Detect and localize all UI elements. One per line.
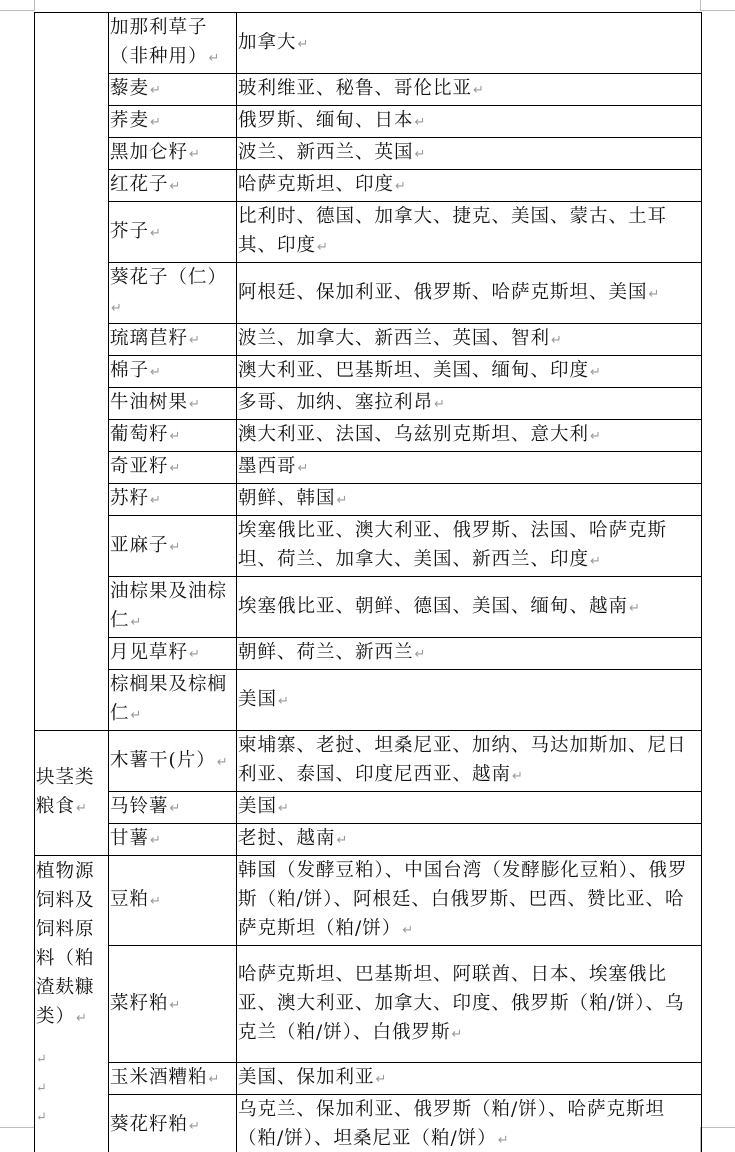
- paragraph-mark-icon: ↵: [590, 365, 602, 380]
- paragraph-mark-icon: ↵: [150, 226, 162, 241]
- item-cell[interactable]: 葵花子（仁）↵: [109, 263, 237, 324]
- paragraph-mark-icon: ↵: [337, 493, 349, 508]
- item-cell[interactable]: 苏籽↵: [109, 484, 237, 516]
- paragraph-mark-icon: ↵: [170, 179, 182, 194]
- countries-cell[interactable]: 韩国（发酵豆粕）、中国台湾（发酵膨化豆粕）、俄罗斯（粕/饼）、阿根廷、白俄罗斯、…: [237, 856, 702, 946]
- item-cell[interactable]: 棕榈果及棕榈仁↵: [109, 670, 237, 731]
- category-cell-oilseeds: [35, 13, 109, 731]
- item-cell[interactable]: 葵花籽粕↵: [109, 1095, 237, 1152]
- item-cell[interactable]: 木薯干(片）↵: [109, 731, 237, 792]
- margin-corner-top-right-v: [700, 0, 701, 11]
- paragraph-mark-icon: ↵: [209, 1072, 221, 1087]
- table-row: 亚麻子↵ 埃塞俄比亚、澳大利亚、俄罗斯、法国、哈萨克斯坦、荷兰、加拿大、美国、新…: [35, 516, 702, 577]
- countries-cell[interactable]: 埃塞俄比亚、朝鲜、德国、美国、缅甸、越南↵: [237, 577, 702, 638]
- countries-cell[interactable]: 加拿大↵: [237, 13, 702, 74]
- item-cell[interactable]: 黑加仑籽↵: [109, 138, 237, 170]
- paragraph-mark-icon: ↵: [278, 801, 290, 816]
- category-cell-tubers[interactable]: 块茎类粮食↵: [35, 731, 109, 856]
- table-row: 植物源饲料及饲料原料（粕渣麸糠类）↵↵↵↵ 豆粕↵ 韩国（发酵豆粕）、中国台湾（…: [35, 856, 702, 946]
- item-cell[interactable]: 亚麻子↵: [109, 516, 237, 577]
- paragraph-mark-icon: ↵: [317, 240, 329, 255]
- item-cell[interactable]: 芥子↵: [109, 202, 237, 263]
- table-row: 加那利草子（非种用）↵ 加拿大↵: [35, 13, 702, 74]
- countries-cell[interactable]: 波兰、加拿大、新西兰、英国、智利↵: [237, 324, 702, 356]
- countries-cell[interactable]: 柬埔寨、老挝、坦桑尼亚、加纳、马达加斯加、尼日利亚、泰国、印度尼西亚、越南↵: [237, 731, 702, 792]
- paragraph-mark-icon: ↵: [376, 1072, 388, 1087]
- table-row: 棉子↵ 澳大利亚、巴基斯坦、美国、缅甸、印度↵: [35, 356, 702, 388]
- paragraph-mark-icon: ↵: [170, 540, 182, 555]
- table-row: 菜籽粕↵ 哈萨克斯坦、巴基斯坦、阿联酋、日本、埃塞俄比亚、澳大利亚、加拿大、印度…: [35, 946, 702, 1063]
- item-cell[interactable]: 奇亚籽↵: [109, 452, 237, 484]
- countries-cell[interactable]: 哈萨克斯坦、巴基斯坦、阿联酋、日本、埃塞俄比亚、澳大利亚、加拿大、印度、俄罗斯（…: [237, 946, 702, 1063]
- item-cell[interactable]: 甘薯↵: [109, 824, 237, 856]
- table-row: 马铃薯↵ 美国↵: [35, 792, 702, 824]
- countries-cell[interactable]: 多哥、加纳、塞拉利昂↵: [237, 388, 702, 420]
- item-cell[interactable]: 棉子↵: [109, 356, 237, 388]
- item-cell[interactable]: 牛油树果↵: [109, 388, 237, 420]
- countries-cell[interactable]: 波兰、新西兰、英国↵: [237, 138, 702, 170]
- item-cell[interactable]: 加那利草子（非种用）↵: [109, 13, 237, 74]
- countries-cell[interactable]: 俄罗斯、缅甸、日本↵: [237, 106, 702, 138]
- paragraph-mark-icon: ↵: [189, 397, 201, 412]
- countries-cell[interactable]: 比利时、德国、加拿大、捷克、美国、蒙古、土耳其、印度↵: [237, 202, 702, 263]
- item-cell[interactable]: 玉米酒糟粕↵: [109, 1063, 237, 1095]
- margin-corner-top-right: [700, 10, 735, 11]
- paragraph-mark-icon: ↵: [629, 601, 641, 616]
- paragraph-mark-icon: ↵: [36, 1074, 107, 1103]
- table-row: 葵花籽粕↵ 乌克兰、保加利亚、俄罗斯（粕/饼）、哈萨克斯坦（粕/饼）、坦桑尼亚（…: [35, 1095, 702, 1152]
- paragraph-mark-icon: ↵: [189, 147, 201, 162]
- paragraph-mark-icon: ↵: [189, 647, 201, 662]
- paragraph-mark-icon: ↵: [395, 179, 407, 194]
- table-row: 苏籽↵ 朝鲜、韩国↵: [35, 484, 702, 516]
- paragraph-mark-icon: ↵: [189, 1119, 201, 1134]
- item-cell[interactable]: 红花子↵: [109, 170, 237, 202]
- table-row: 甘薯↵ 老挝、越南↵: [35, 824, 702, 856]
- item-cell[interactable]: 月见草籽↵: [109, 638, 237, 670]
- item-cell[interactable]: 琉璃苣籽↵: [109, 324, 237, 356]
- paragraph-mark-icon: ↵: [189, 333, 201, 348]
- margin-corner-top-left: [0, 10, 34, 11]
- paragraph-mark-icon: ↵: [217, 755, 229, 770]
- paragraph-mark-icon: ↵: [415, 647, 427, 662]
- paragraph-mark-icon: ↵: [590, 554, 602, 569]
- paragraph-mark-icon: ↵: [473, 83, 485, 98]
- paragraph-mark-icon: ↵: [337, 833, 349, 848]
- item-cell[interactable]: 豆粕↵: [109, 856, 237, 946]
- paragraph-mark-icon: ↵: [298, 461, 310, 476]
- table-row: 葡萄籽↵ 澳大利亚、法国、乌兹别克斯坦、意大利↵: [35, 420, 702, 452]
- paragraph-mark-icon: ↵: [590, 429, 602, 444]
- paragraph-mark-icon: ↵: [415, 147, 427, 162]
- paragraph-mark-icon: ↵: [170, 429, 182, 444]
- paragraph-mark-icon: ↵: [150, 833, 162, 848]
- paragraph-mark-icon: ↵: [170, 461, 182, 476]
- table-row: 玉米酒糟粕↵ 美国、保加利亚↵: [35, 1063, 702, 1095]
- item-cell[interactable]: 油棕果及油棕仁↵: [109, 577, 237, 638]
- paragraph-mark-icon: ↵: [150, 115, 162, 130]
- countries-cell[interactable]: 美国↵: [237, 792, 702, 824]
- table-row: 葵花子（仁）↵ 阿根廷、保加利亚、俄罗斯、哈萨克斯坦、美国↵: [35, 263, 702, 324]
- paragraph-mark-icon: ↵: [402, 923, 414, 938]
- item-cell[interactable]: 菜籽粕↵: [109, 946, 237, 1063]
- countries-cell[interactable]: 乌克兰、保加利亚、俄罗斯（粕/饼）、哈萨克斯坦（粕/饼）、坦桑尼亚（粕/饼）↵: [237, 1095, 702, 1152]
- margin-corner-bottom-left: [0, 1127, 34, 1128]
- paragraph-mark-icon: ↵: [131, 615, 143, 630]
- countries-cell[interactable]: 埃塞俄比亚、澳大利亚、俄罗斯、法国、哈萨克斯坦、荷兰、加拿大、美国、新西兰、印度…: [237, 516, 702, 577]
- paragraph-mark-icon: ↵: [76, 1011, 88, 1026]
- countries-cell[interactable]: 美国↵: [237, 670, 702, 731]
- table-row: 牛油树果↵ 多哥、加纳、塞拉利昂↵: [35, 388, 702, 420]
- paragraph-mark-icon: ↵: [649, 287, 661, 302]
- paragraph-mark-icon: ↵: [150, 365, 162, 380]
- countries-cell[interactable]: 玻利维亚、秘鲁、哥伦比亚↵: [237, 74, 702, 106]
- paragraph-mark-icon: ↵: [278, 694, 290, 709]
- countries-cell[interactable]: 澳大利亚、法国、乌兹别克斯坦、意大利↵: [237, 420, 702, 452]
- paragraph-mark-icon: ↵: [170, 998, 182, 1013]
- table-row: 荞麦↵ 俄罗斯、缅甸、日本↵: [35, 106, 702, 138]
- table-row: 琉璃苣籽↵ 波兰、加拿大、新西兰、英国、智利↵: [35, 324, 702, 356]
- countries-cell[interactable]: 朝鲜、韩国↵: [237, 484, 702, 516]
- category-cell-feed[interactable]: 植物源饲料及饲料原料（粕渣麸糠类）↵↵↵↵: [35, 856, 109, 1152]
- item-cell[interactable]: 马铃薯↵: [109, 792, 237, 824]
- countries-cell[interactable]: 哈萨克斯坦、印度↵: [237, 170, 702, 202]
- table-row: 藜麦↵ 玻利维亚、秘鲁、哥伦比亚↵: [35, 74, 702, 106]
- paragraph-mark-icon: ↵: [170, 801, 182, 816]
- countries-cell[interactable]: 澳大利亚、巴基斯坦、美国、缅甸、印度↵: [237, 356, 702, 388]
- countries-cell[interactable]: 美国、保加利亚↵: [237, 1063, 702, 1095]
- paragraph-mark-icon: ↵: [131, 708, 143, 723]
- paragraph-mark-icon: ↵: [512, 769, 524, 784]
- paragraph-mark-icon: ↵: [498, 1133, 510, 1148]
- paragraph-mark-icon: ↵: [434, 397, 446, 412]
- margin-corner-top-left-v: [34, 0, 35, 11]
- countries-cell[interactable]: 阿根廷、保加利亚、俄罗斯、哈萨克斯坦、美国↵: [237, 263, 702, 324]
- table-row: 块茎类粮食↵ 木薯干(片）↵ 柬埔寨、老挝、坦桑尼亚、加纳、马达加斯加、尼日利亚…: [35, 731, 702, 792]
- paragraph-mark-icon: ↵: [551, 333, 563, 348]
- item-cell[interactable]: 藜麦↵: [109, 74, 237, 106]
- table-row: 芥子↵ 比利时、德国、加拿大、捷克、美国、蒙古、土耳其、印度↵: [35, 202, 702, 263]
- margin-corner-bottom-right: [700, 1127, 735, 1128]
- paragraph-mark-icon: ↵: [150, 493, 162, 508]
- paragraph-mark-icon: ↵: [36, 1103, 107, 1132]
- paragraph-mark-icon: ↵: [76, 801, 88, 816]
- paragraph-mark-icon: ↵: [451, 1027, 463, 1042]
- origin-country-table: 加那利草子（非种用）↵ 加拿大↵ 藜麦↵ 玻利维亚、秘鲁、哥伦比亚↵ 荞麦↵ 俄…: [34, 12, 702, 1152]
- paragraph-mark-icon: ↵: [209, 51, 221, 66]
- countries-cell[interactable]: 老挝、越南↵: [237, 824, 702, 856]
- countries-cell[interactable]: 朝鲜、荷兰、新西兰↵: [237, 638, 702, 670]
- table-row: 油棕果及油棕仁↵ 埃塞俄比亚、朝鲜、德国、美国、缅甸、越南↵: [35, 577, 702, 638]
- item-cell[interactable]: 葡萄籽↵: [109, 420, 237, 452]
- item-cell[interactable]: 荞麦↵: [109, 106, 237, 138]
- table-row: 月见草籽↵ 朝鲜、荷兰、新西兰↵: [35, 638, 702, 670]
- paragraph-mark-icon: ↵: [150, 894, 162, 909]
- countries-cell[interactable]: 墨西哥↵: [237, 452, 702, 484]
- table-row: 黑加仑籽↵ 波兰、新西兰、英国↵: [35, 138, 702, 170]
- table-row: 红花子↵ 哈萨克斯坦、印度↵: [35, 170, 702, 202]
- paragraph-mark-icon: ↵: [111, 301, 123, 316]
- table-row: 棕榈果及棕榈仁↵ 美国↵: [35, 670, 702, 731]
- paragraph-mark-icon: ↵: [415, 115, 427, 130]
- paragraph-mark-icon: ↵: [150, 83, 162, 98]
- paragraph-mark-icon: ↵: [298, 37, 310, 52]
- paragraph-mark-icon: ↵: [36, 1045, 107, 1074]
- table-row: 奇亚籽↵ 墨西哥↵: [35, 452, 702, 484]
